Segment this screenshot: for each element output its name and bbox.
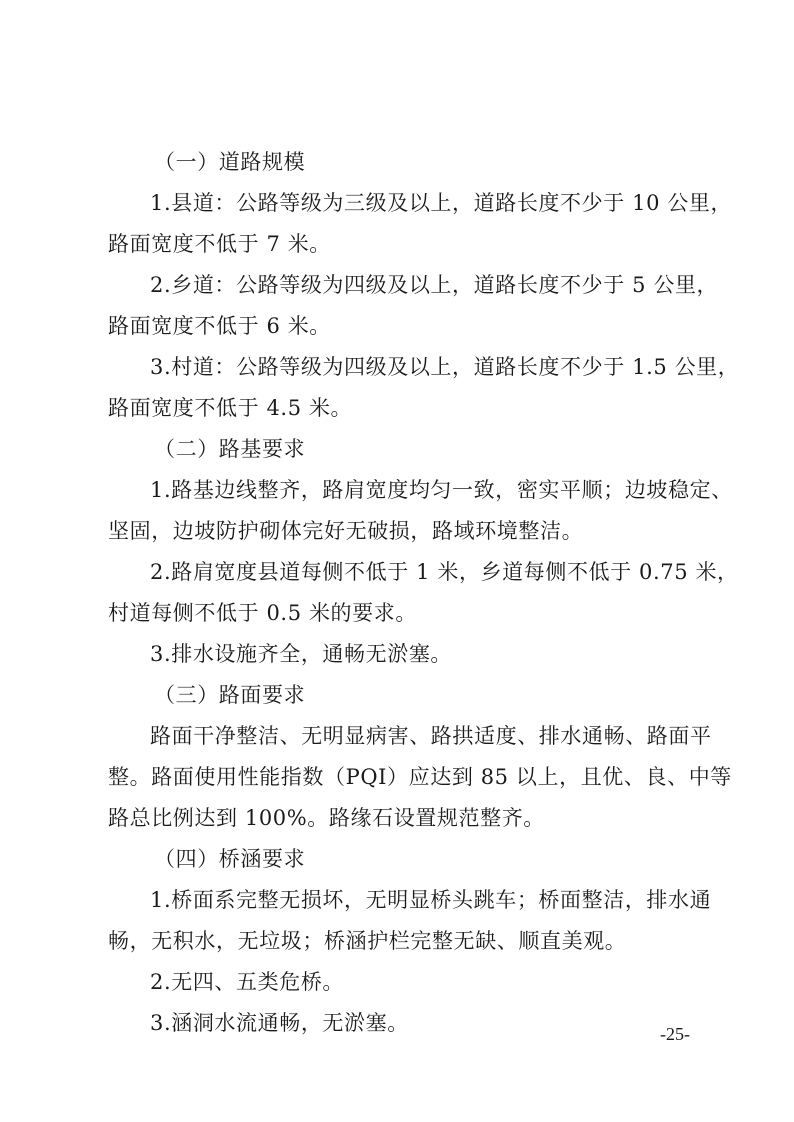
paragraph-line: 1.桥面系完整无损坏，无明显桥头跳车；桥面整洁，排水通 xyxy=(150,886,711,914)
paragraph-line: 3.村道：公路等级为四级及以上，道路长度不少于 1.5 公里， xyxy=(150,353,739,381)
paragraph-line: 1.路基边线整齐，路肩宽度均匀一致，密实平顺；边坡稳定、 xyxy=(150,476,733,504)
paragraph-line: 畅，无积水，无垃圾；桥涵护栏完整无缺、顺直美观。 xyxy=(108,927,626,955)
section-heading-subgrade: （二）路基要求 xyxy=(154,435,305,463)
paragraph-line: 2.路肩宽度县道每侧不低于 1 米，乡道每侧不低于 0.75 米， xyxy=(150,558,739,586)
paragraph-line: 坚固，边坡防护砌体完好无破损，路域环境整洁。 xyxy=(108,517,583,545)
paragraph-line: 路面宽度不低于 7 米。 xyxy=(108,230,331,258)
paragraph-line: 路面宽度不低于 4.5 米。 xyxy=(108,394,352,422)
paragraph-line: 2.乡道：公路等级为四级及以上，道路长度不少于 5 公里， xyxy=(150,271,718,299)
paragraph-line: 1.县道：公路等级为三级及以上，道路长度不少于 10 公里， xyxy=(150,189,732,217)
page-number: -25- xyxy=(660,1024,690,1045)
section-heading-bridges-culverts: （四）桥涵要求 xyxy=(154,845,305,873)
paragraph-line: 3.排水设施齐全，通畅无淤塞。 xyxy=(150,640,452,668)
paragraph-line: 路总比例达到 100%。路缘石设置规范整齐。 xyxy=(108,804,545,832)
paragraph-line: 3.涵洞水流通畅，无淤塞。 xyxy=(150,1009,409,1037)
paragraph-line: 路面干净整洁、无明显病害、路拱适度、排水通畅、路面平 xyxy=(150,722,712,750)
paragraph-line: 路面宽度不低于 6 米。 xyxy=(108,312,331,340)
section-heading-road-scale: （一）道路规模 xyxy=(154,148,305,176)
paragraph-line: 2.无四、五类危桥。 xyxy=(150,968,344,996)
section-heading-pavement: （三）路面要求 xyxy=(154,681,305,709)
paragraph-line: 整。路面使用性能指数（PQI）应达到 85 以上，且优、良、中等 xyxy=(108,763,732,791)
paragraph-line: 村道每侧不低于 0.5 米的要求。 xyxy=(108,599,417,627)
